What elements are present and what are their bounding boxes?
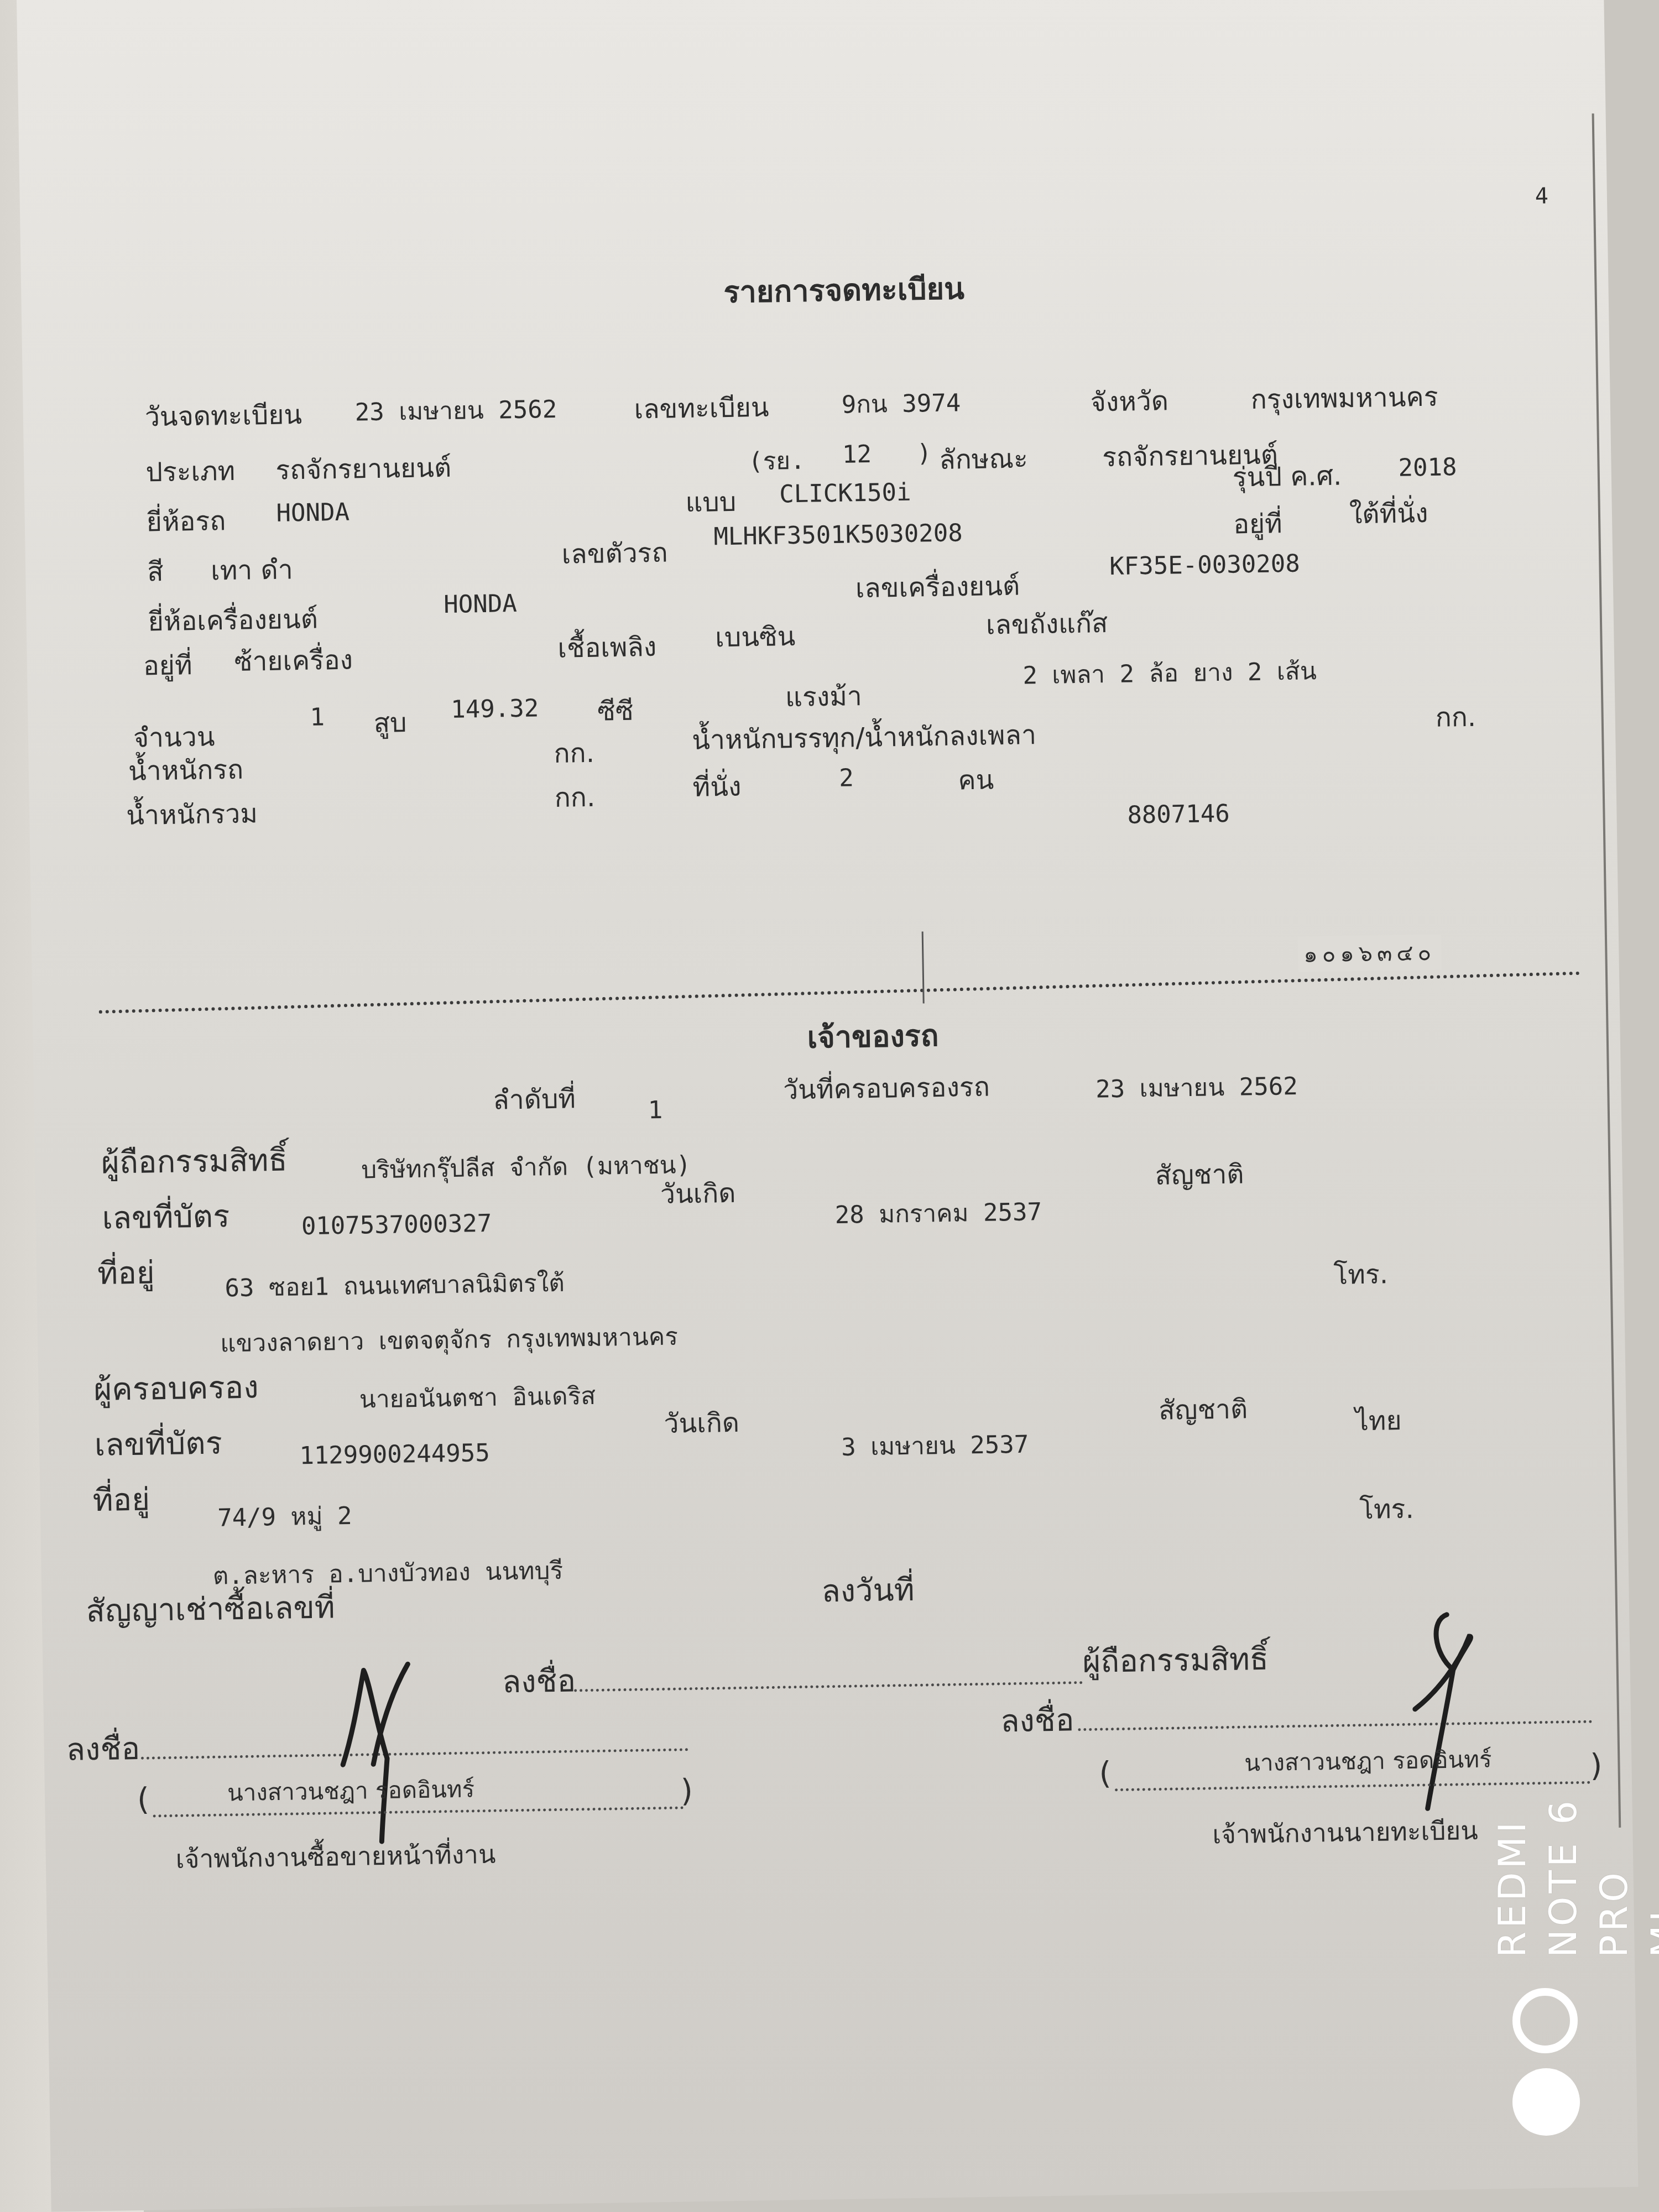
legal-owner-birth-label: วันเกิด [660, 1172, 736, 1215]
right-official-role: เจ้าพนักงานนายทะเบียน [1212, 1811, 1479, 1855]
gas-tank-label: เลขถังแก๊ส [985, 602, 1108, 646]
brand-value: HONDA [276, 498, 349, 528]
possession-date-value: 23 เมษายน 2562 [1095, 1067, 1298, 1109]
province-label: จังหวัด [1090, 380, 1169, 423]
registration-document: 4 รายการจดทะเบียน วันจดทะเบียน 23 เมษายน… [17, 0, 1638, 2212]
registration-date-value: 23 เมษายน 2562 [354, 390, 557, 432]
seats-label: ที่นั่ง [692, 766, 742, 808]
fuel-label: เชื้อเพลิง [557, 626, 657, 670]
type-code-prefix: (รย. [748, 441, 805, 481]
engine-location-value: ซ้ายเครื่อง [234, 639, 353, 683]
paper-edge [1592, 113, 1621, 1828]
left-sign-label: ลงชื่อ [66, 1724, 140, 1774]
possessor-address-line1: 74/9 หมู่ 2 [217, 1496, 353, 1537]
load-weight-unit: กก. [1435, 696, 1477, 739]
possessor-address-label: ที่อยู่ [92, 1475, 150, 1525]
characteristic-label: ลักษณะ [939, 437, 1029, 481]
legal-owner-nationality-label: สัญชาติ [1155, 1153, 1244, 1197]
left-signature-mark [330, 1647, 433, 1848]
gross-weight-label: น้ำหนักรวม [126, 792, 258, 837]
possessor-nationality: ไทย [1355, 1400, 1402, 1442]
type-value: รถจักรยานยนต์ [275, 447, 452, 492]
type-code-value: 12 [842, 440, 872, 469]
seats-value: 2 [839, 764, 854, 792]
possessor-label: ผู้ครอบครอง [93, 1362, 259, 1414]
left-close-paren: ) [678, 1773, 697, 1809]
cylinders-value: 1 [310, 703, 325, 731]
possessor-nationality-label: สัญชาติ [1159, 1388, 1248, 1432]
displacement-value: 149.32 [451, 694, 539, 723]
seats-unit: คน [958, 759, 994, 801]
vehicle-section-title: รายการจดทะเบียน [723, 264, 965, 316]
possessor-id-number: 1129900244955 [299, 1439, 490, 1470]
serial-stamp: ๑๐๑๖๓๔๐ [1298, 935, 1442, 972]
possessor-birth-label: วันเกิด [664, 1402, 740, 1445]
vehicle-weight-unit: กก. [554, 732, 595, 775]
load-weight-label: น้ำหนักบรรทุก/น้ำหนักลงเพลา [692, 714, 1037, 761]
model-value: CLICK150i [779, 478, 911, 509]
possessor-birth-date: 3 เมษายน 2537 [841, 1425, 1029, 1467]
left-open-paren: ( [133, 1782, 153, 1818]
axles-value: 2 เพลา 2 ล้อ ยาง 2 เส้น [1022, 651, 1317, 695]
owner-sign-line[interactable] [574, 1681, 1083, 1692]
camera-lens-ring-icon [1512, 1988, 1578, 2053]
color-label: สี [147, 551, 164, 593]
possessor-id-label: เลขที่บัตร [94, 1418, 222, 1469]
plate-number-label: เลขทะเบียน [634, 387, 769, 431]
order-label: ลำดับที่ [493, 1078, 576, 1121]
chassis-location-value: ใต้ที่นั่ง [1349, 492, 1428, 535]
cylinders-unit: สูบ [373, 702, 407, 744]
right-official-name: นางสาวนชฎา รอดอินทร์ [1244, 1741, 1492, 1781]
engine-brand-value: HONDA [444, 589, 517, 619]
fold-mark [922, 931, 925, 1003]
model-year-value: 2018 [1398, 453, 1457, 482]
lease-date-label: ลงวันที่ [821, 1565, 915, 1616]
registration-date-label: วันจดทะเบียน [144, 394, 302, 438]
legal-owner-address-line2: แขวงลาดยาว เขตจตุจักร กรุงเทพมหานคร [220, 1317, 679, 1363]
right-sign-line[interactable] [1078, 1720, 1592, 1731]
possession-date-label: วันที่ครอบครองรถ [783, 1066, 990, 1112]
type-label: ประเภท [145, 450, 236, 494]
reference-number: 8807146 [1127, 800, 1230, 830]
right-open-paren: ( [1095, 1755, 1114, 1792]
displacement-unit: ซีซี [597, 690, 634, 733]
legal-owner-birth-date: 28 มกราคม 2537 [834, 1192, 1042, 1234]
engine-number-label: เลขเครื่องยนต์ [855, 565, 1020, 610]
left-official-name: นางสาวนชฎา รอดอินทร์ [227, 1771, 474, 1811]
possessor-phone-label: โทร. [1359, 1488, 1415, 1531]
legal-owner-id-number: 0107537000327 [301, 1209, 492, 1240]
perforation-line [99, 972, 1580, 1014]
model-label: แบบ [685, 481, 737, 524]
chassis-number-label: เลขตัวรถ [561, 532, 668, 576]
fuel-value: เบนซิน [715, 615, 796, 659]
legal-owner-phone-label: โทร. [1333, 1253, 1389, 1296]
legal-owner-name: บริษัทกรุ๊ปลีส จำกัด (มหาชน) [361, 1145, 691, 1189]
horsepower-label: แรงม้า [785, 675, 862, 718]
chassis-location-label: อยู่ที่ [1233, 503, 1283, 545]
legal-owner-address-line1: 63 ซอย1 ถนนเทศบาลนิมิตรใต้ [225, 1264, 565, 1308]
legal-owner-address-label: ที่อยู่ [97, 1248, 155, 1298]
plate-number-value: 9กน 3974 [841, 383, 961, 424]
possessor-name: นายอนันตชา อินเดริส [359, 1376, 596, 1419]
legal-owner-id-label: เลขที่บัตร [102, 1191, 230, 1243]
lease-contract-label: สัญญาเช่าซื้อเลขที่ [86, 1582, 335, 1635]
engine-brand-label: ยี่ห้อเครื่องยนต์ [148, 598, 318, 643]
owner-sign-role: ผู้ถือกรรมสิทธิ์ [1082, 1634, 1269, 1686]
legal-owner-label: ผู้ถือกรรมสิทธิ์ [101, 1135, 288, 1187]
camera-lens-dot-icon [1512, 2068, 1580, 2136]
right-close-paren: ) [1587, 1747, 1606, 1784]
camera-watermark-line1: REDMI NOTE 6 PRO [1488, 1779, 1640, 1958]
left-official-role: เจ้าพนักงานซื้อขายหน้าที่งาน [175, 1834, 496, 1880]
brand-label: ยี่ห้อรถ [146, 500, 226, 543]
owner-section-title: เจ้าของรถ [807, 1011, 939, 1061]
right-sign-label: ลงชื่อ [1000, 1695, 1074, 1745]
type-code-suffix: ) [917, 439, 932, 467]
gross-weight-unit: กก. [554, 776, 596, 819]
chassis-number-value: MLHKF3501K5030208 [713, 519, 963, 551]
vehicle-weight-label: น้ำหนักรถ [128, 749, 243, 792]
camera-watermark: REDMI NOTE 6 PRO MI DUAL CAMERA [1488, 1779, 1659, 1958]
engine-number-value: KF35E-0030208 [1109, 550, 1300, 581]
order-value: 1 [648, 1096, 662, 1124]
owner-sign-label: ลงชื่อ [502, 1656, 576, 1706]
engine-location-label: อยู่ที่ [143, 644, 192, 687]
color-value: เทา ดำ [211, 549, 294, 592]
page-number: 4 [1535, 184, 1549, 209]
model-year-label: รุ่นปี ค.ศ. [1232, 455, 1342, 498]
camera-watermark-line2: MI DUAL CAMERA [1640, 1779, 1659, 1958]
province-value: กรุงเทพมหานคร [1250, 376, 1438, 421]
